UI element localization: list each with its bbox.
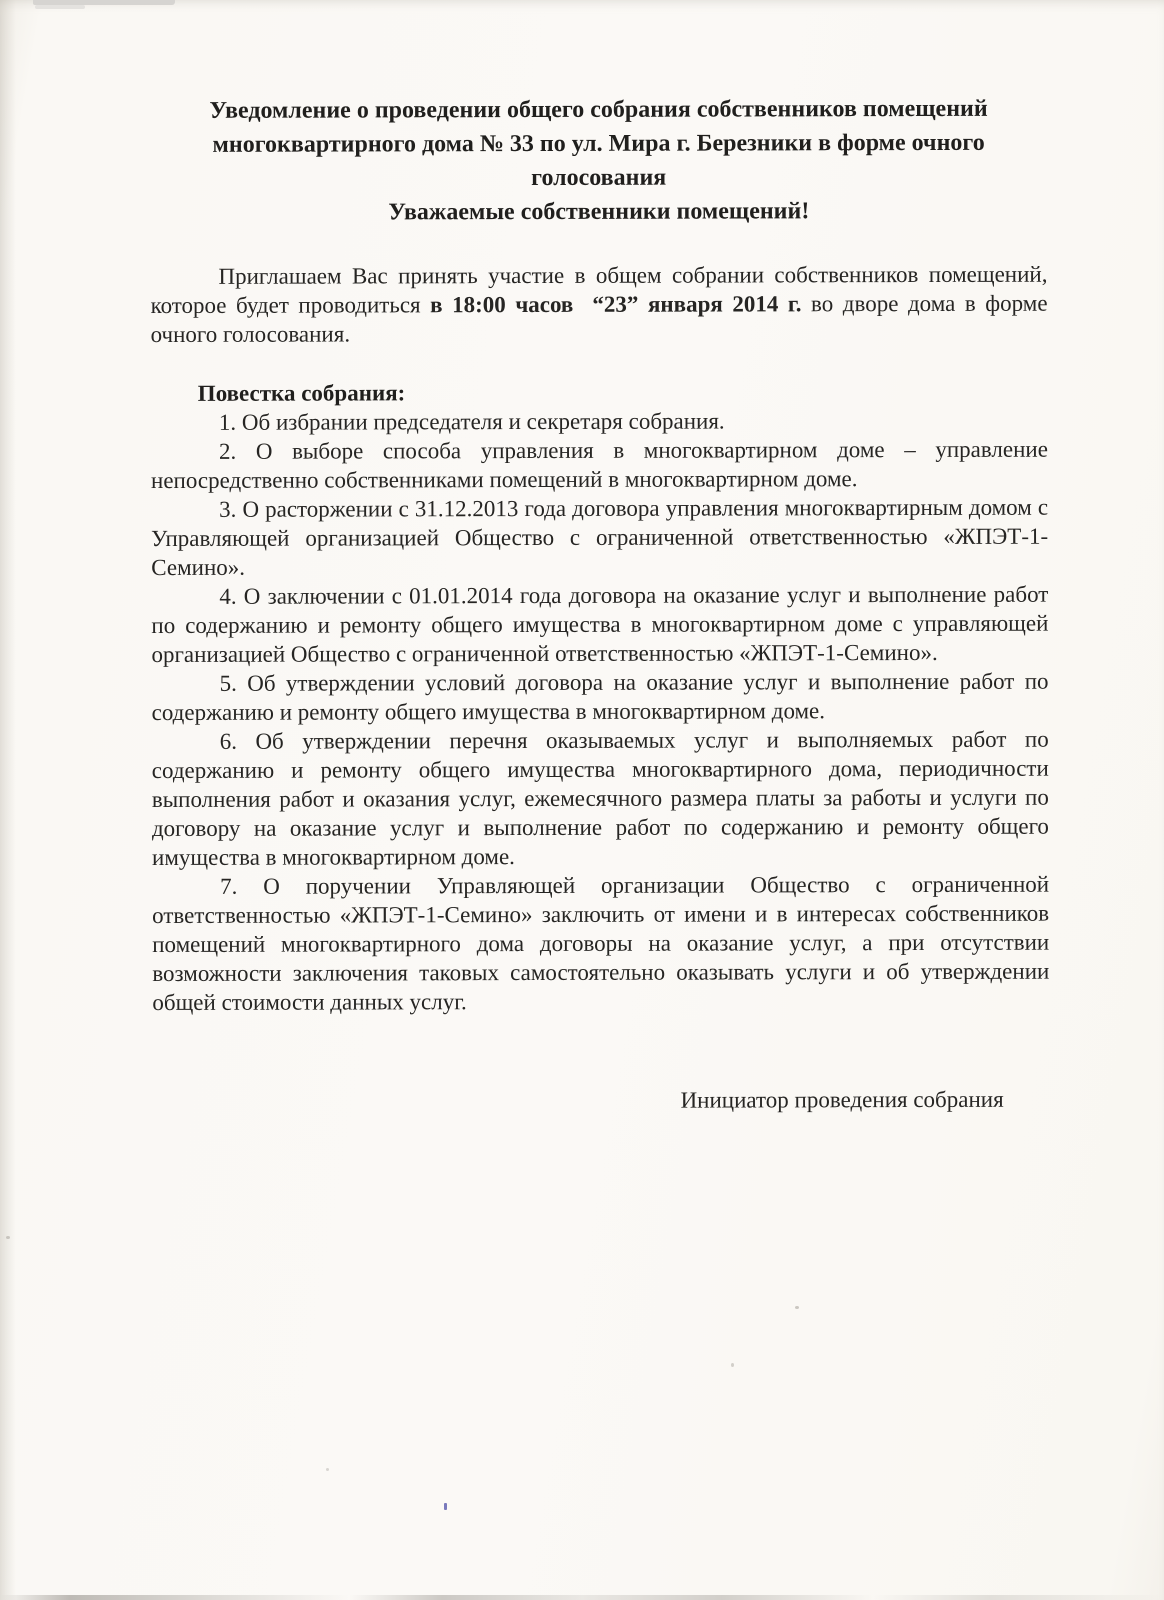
scan-speck-gray-2	[731, 1363, 734, 1367]
agenda-item-4: 4. О заключении с 01.01.2014 года догово…	[151, 580, 1048, 669]
document-content: Уведомление о проведении общего собрания…	[150, 92, 1050, 1116]
scanned-document-page: Уведомление о проведении общего собрания…	[0, 0, 1164, 1600]
agenda-item-1: 1. Об избрании председателя и секретаря …	[151, 406, 1048, 437]
scan-speck-left-edge	[6, 1236, 10, 1239]
scan-left-edge-shadow	[0, 0, 16, 1600]
agenda-item-2: 2. О выборе способа управления в многокв…	[151, 435, 1048, 495]
intro-paragraph: Приглашаем Вас принять участие в общем с…	[150, 260, 1047, 349]
meeting-datetime: в 18:00 часов “23” января 2014 г.	[430, 291, 801, 317]
document-subtitle: Уважаемые собственники помещений!	[150, 194, 1047, 230]
title-line-1: Уведомление о проведении общего собрания…	[150, 92, 1047, 128]
document-title: Уведомление о проведении общего собрания…	[150, 92, 1047, 230]
agenda-heading: Повестка собрания:	[151, 377, 1048, 408]
agenda-item-3: 3. О расторжении с 31.12.2013 года догов…	[151, 493, 1048, 582]
scan-bottom-edge-smudge	[0, 1595, 1164, 1600]
agenda-item-5: 5. Об утверждении условий договора на ок…	[152, 667, 1049, 727]
agenda-item-7: 7. О поручении Управляющей организации О…	[152, 870, 1049, 1017]
signature-line: Инициатор проведения собрания	[153, 1085, 1050, 1116]
title-line-3: голосования	[150, 160, 1047, 196]
agenda-item-6: 6. Об утверждении перечня оказываемых ус…	[152, 725, 1049, 872]
scan-speck-gray-1	[795, 1306, 799, 1309]
scan-speck-blue	[444, 1503, 447, 1510]
scan-artifact-top-strip-secondary	[35, 5, 85, 9]
scan-speck-gray-3	[326, 1468, 329, 1471]
title-line-2: многоквартирного дома № 33 по ул. Мира г…	[150, 126, 1047, 162]
